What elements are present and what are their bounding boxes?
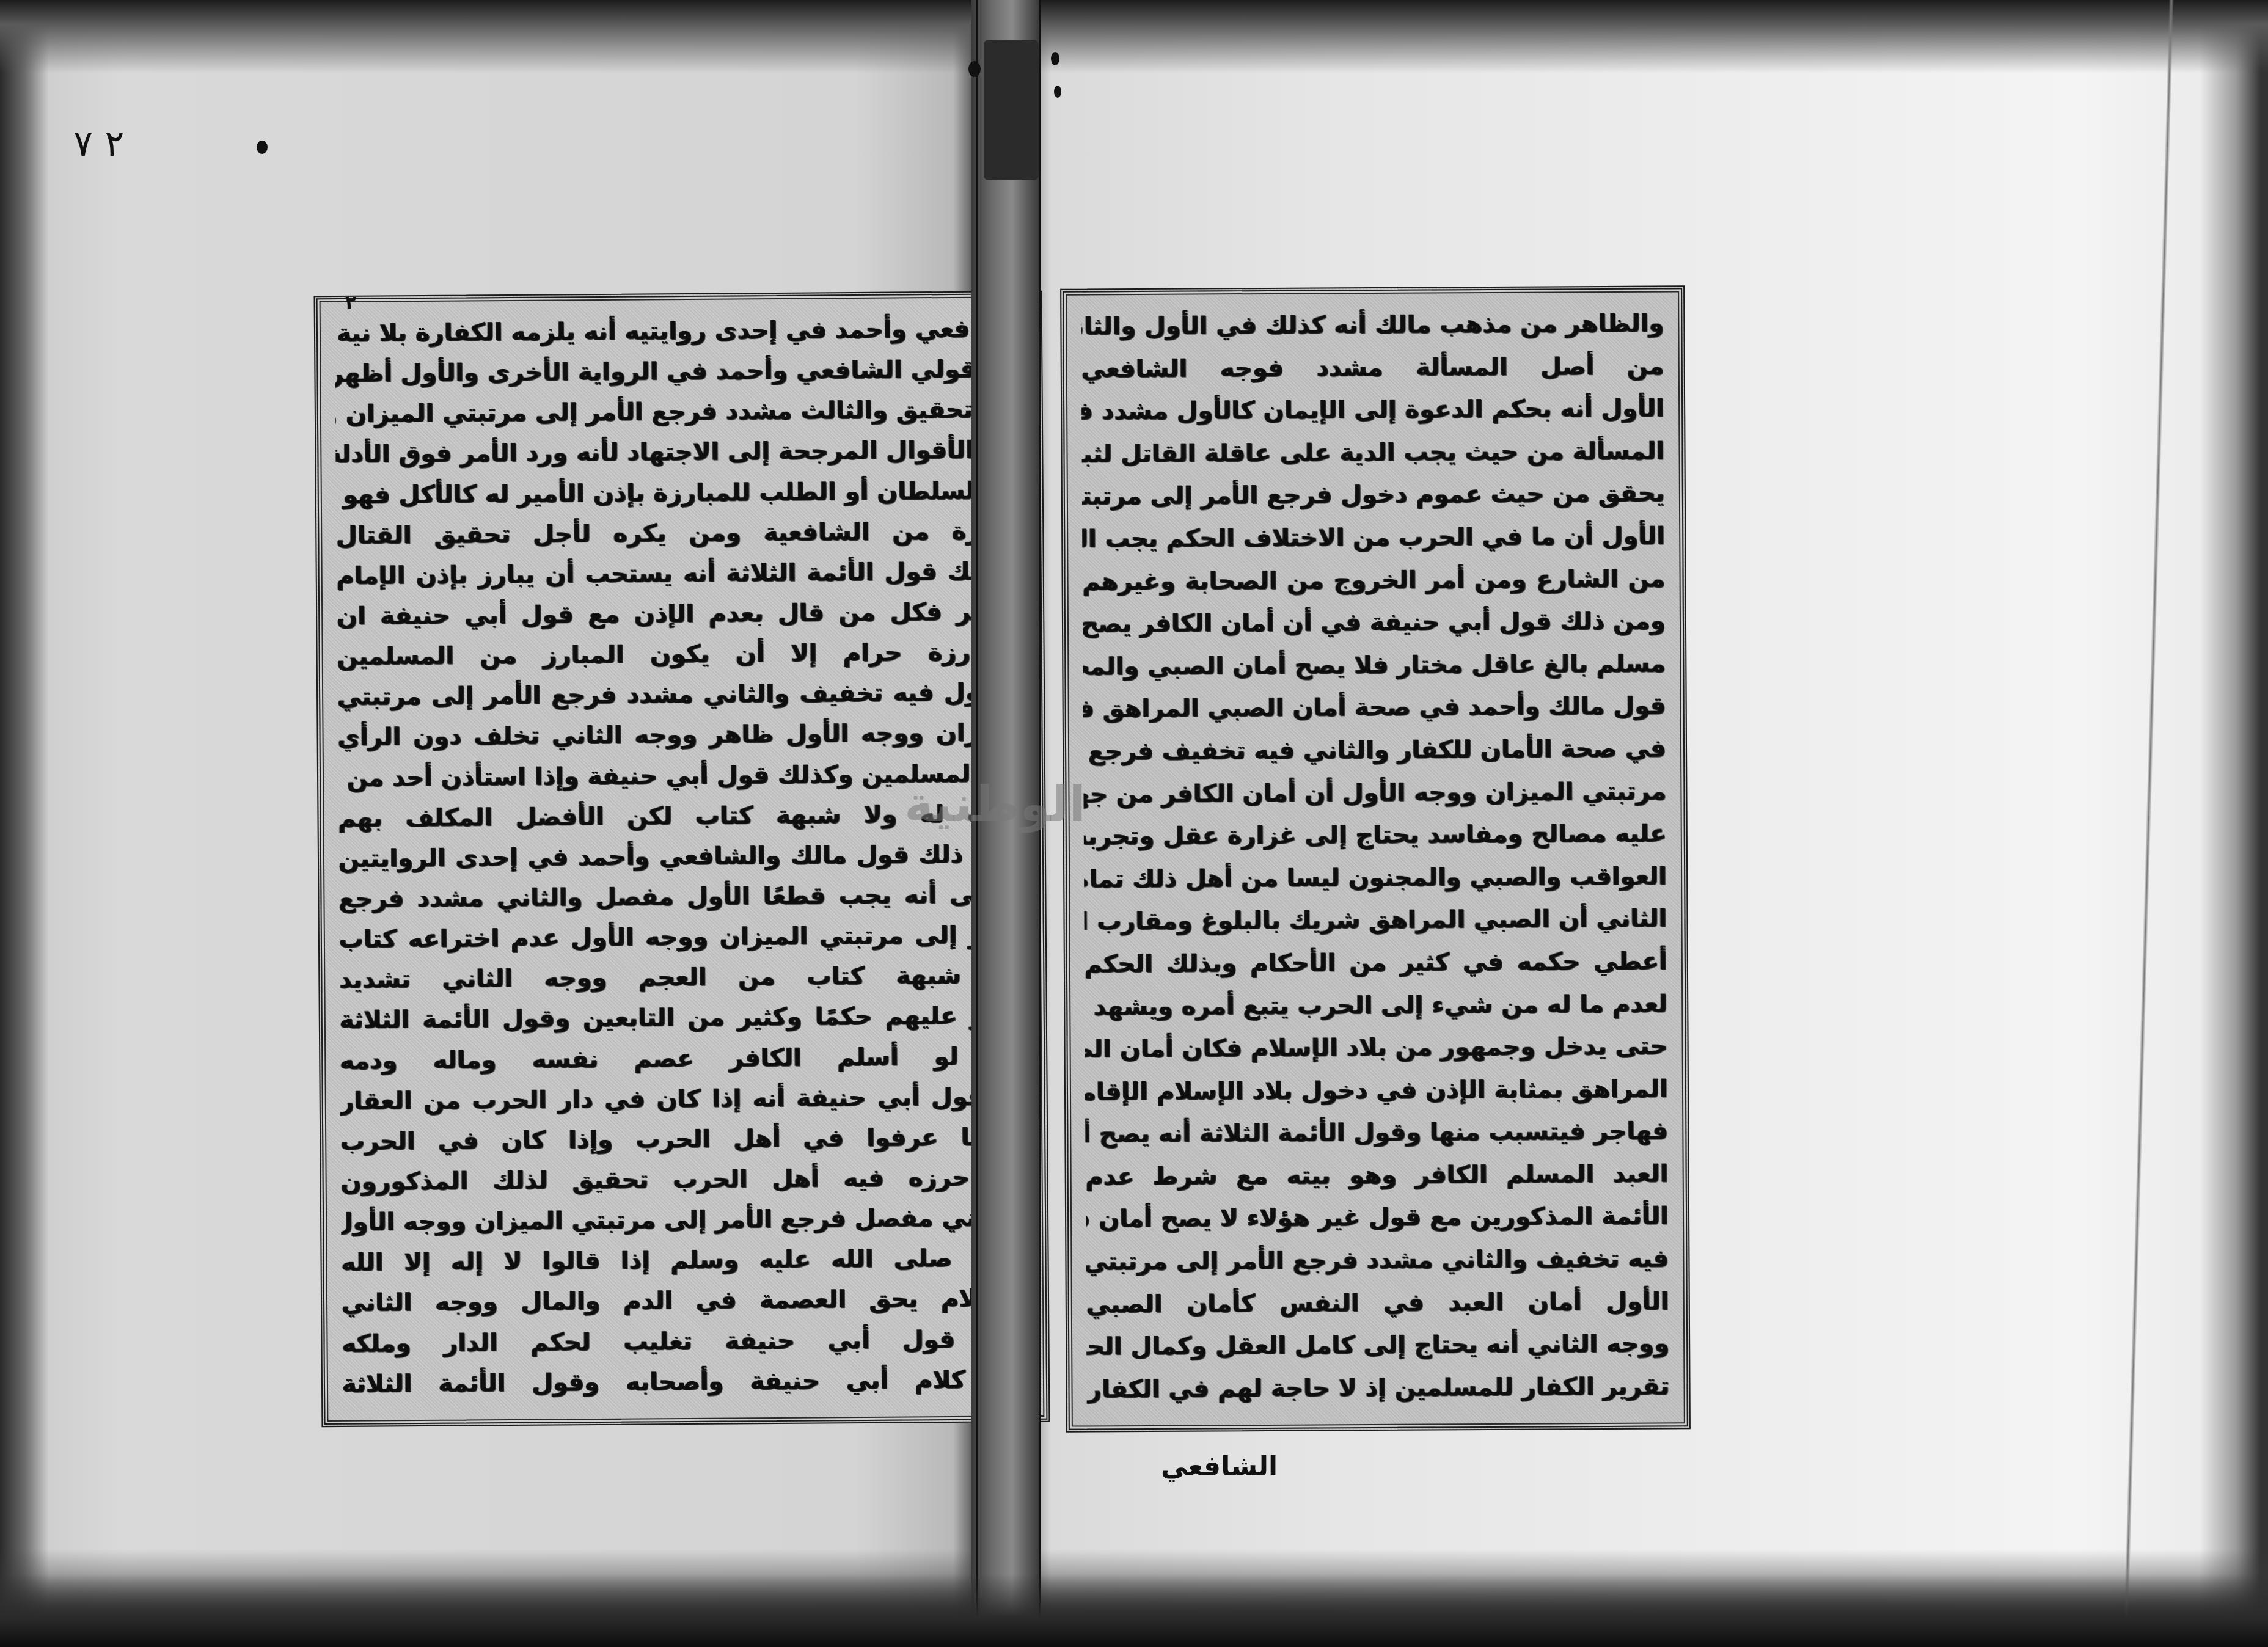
manuscript-line: فهاجر فيتسبب منها وقول الأئمة الثلاثة أن… <box>1085 1116 1668 1155</box>
manuscript-line: حتى يدخل وجمهور من بلاد الإسلام فكان أما… <box>1085 1031 1667 1070</box>
right-page: والظاهر من مذهب مالك أنه كذلك في الأول و… <box>1026 0 2242 1647</box>
manuscript-line: ولهما عرفوا في أهل الحرب وإذا كان في الح… <box>340 1121 1027 1163</box>
manuscript-line: الأول أنه بحكم الدعوة إلى الإيمان كالأول… <box>1081 393 1664 433</box>
manuscript-line: مرتبتي الميزان ووجه الأول أن أمان الكافر… <box>1083 775 1666 815</box>
left-text-lines: الشافعي وأحمد في إحدى روايتيه أنه يلزمه … <box>335 313 1029 1405</box>
manuscript-line: في قول أبي حنيفة تغليب لحكم الدار وملكه <box>342 1323 1028 1365</box>
manuscript-line: المبارزة حرام إلا أن يكون المبارز من الم… <box>337 636 1023 677</box>
manuscript-line: الأولى أنه يجب قطعًا الأول مفصل والثاني … <box>338 878 1025 920</box>
manuscript-line: الثاني أن الصبي المراهق شريك بالبلوغ ومق… <box>1084 903 1667 943</box>
manuscript-line: الميزان ووجه الأول ظاهر ووجه الثاني تخلف… <box>337 717 1024 758</box>
manuscript-line: الأمر إلى مرتبتي الميزان ووجه الأول عدم … <box>339 919 1026 960</box>
manuscript-line: والثاني مفصل فرجع الأمر إلى مرتبتي الميز… <box>341 1202 1028 1243</box>
manuscript-line: يحقق من حيث عموم دخول فرجع الأمر إلى مرت… <box>1082 478 1665 517</box>
manuscript-line: المسألة من حيث يجب الدية على عاقلة القات… <box>1081 435 1664 475</box>
manuscript-line: هريرة من الشافعية ومن يكره لأجل تحقيق ال… <box>336 515 1023 557</box>
manuscript-line: عليه مصالح ومفاسد يحتاج إلى غزارة عقل وت… <box>1084 818 1667 858</box>
manuscript-line: من كلام أبي حنيفة وأصحابه وقول الأئمة ال… <box>342 1364 1029 1405</box>
manuscript-line: وكذلك قول الأئمة الثلاثة أنه يستحب أن يب… <box>337 555 1023 597</box>
manuscript-line: قوله صلى الله عليه وسلم إذا قالوا لا إله… <box>341 1242 1028 1284</box>
manuscript-line: من الشارع ومن أمر الخروج من الصحابة وغير… <box>1082 563 1665 602</box>
manuscript-line: فيه تحقيق والثالث مشدد فرجع الأمر إلى مر… <box>335 393 1022 435</box>
page-mark: ٢ <box>345 292 356 313</box>
manuscript-line: لعدم ما له من شيء إلى الحرب يتبع أمره وي… <box>1085 988 1667 1028</box>
manuscript-line: من قولي الشافعي وأحمد في الرواية الأخرى … <box>335 353 1022 395</box>
manuscript-line: العبد المسلم الكافر وهو بيته مع شرط عدم <box>1086 1158 1669 1197</box>
manuscript-line: بيد حرزه فيه أهل الحرب تحقيق لذلك المذكو… <box>340 1161 1027 1203</box>
manuscript-line: ومن ذلك قول أبي حنيفة في أن أمان الكافر … <box>1083 605 1666 645</box>
left-text-frame: الشافعي وأحمد في إحدى روايتيه أنه يلزمه … <box>314 291 1050 1427</box>
manuscript-line: والظاهر من مذهب مالك أنه كذلك في الأول و… <box>1081 308 1664 348</box>
margin-note: ٢ ٧ <box>73 122 125 165</box>
manuscript-line: الشافعي وأحمد في إحدى روايتيه أنه يلزمه … <box>335 313 1022 354</box>
manuscript-line: قول مالك وأحمد في صحة أمان الصبي المراهق… <box>1083 690 1666 730</box>
manuscript-line: ووجه الثاني أنه يحتاج إلى كامل العقل وكم… <box>1086 1328 1669 1368</box>
manuscript-line: فيه تخفيف والثاني مشدد فرجع الأمر إلى مر… <box>1086 1243 1669 1283</box>
manuscript-line: من أصل المسألة مشدد فوجه الشافعي <box>1081 350 1664 390</box>
catchword: الشافعي <box>1161 1451 1278 1482</box>
manuscript-line: المراهق بمثابة الإذن في دخول بلاد الإسلا… <box>1085 1073 1668 1112</box>
library-watermark: الوطنية <box>904 776 1086 833</box>
manuscript-line: العواقب والصبي والمجنون ليسا من أهل ذلك … <box>1084 860 1667 900</box>
manuscript-line: أنه لو أسلم الكافر عصم نفسه وماله ودمه <box>340 1040 1026 1082</box>
manuscript-line: أعطي حكمه في كثير من الأحكام وبذلك الحكم <box>1085 945 1667 985</box>
manuscript-line: الأول أن ما في الحرب من الاختلاف الحكم ي… <box>1082 520 1665 560</box>
manuscript-line: الأول أمان العبد في النفس كأمان الصبي <box>1086 1285 1669 1325</box>
manuscript-line: تقرير الكفار للمسلمين إذ لا حاجة لهم في … <box>1086 1370 1669 1410</box>
manuscript-line: مع قول أبي حنيفة أنه إذا كان في دار الحر… <box>340 1081 1027 1122</box>
manuscript-line: منه الأقوال المرجحة إلى الاجتهاد لأنه ور… <box>335 434 1022 476</box>
ink-blot <box>257 141 268 154</box>
manuscript-line: أن للسلطان أو الطلب للمبارزة بإذن الأمير… <box>336 475 1023 516</box>
manuscript-line: ومن ذلك قول مالك والشافعي وأحمد في إحدى … <box>338 838 1025 880</box>
right-text-lines: والظاهر من مذهب مالك أنه كذلك في الأول و… <box>1081 308 1669 1411</box>
manuscript-line: الإسلام يحق العصمة في الدم والمال ووجه ا… <box>342 1282 1028 1324</box>
manuscript-line: فالأول فيه تخفيف والثاني مشدد فرجع الأمر… <box>337 676 1024 718</box>
left-page: ٢ ٧ الشافعي وأحمد في إحدى روايتيه أنه يل… <box>24 0 978 1647</box>
right-text-frame: والظاهر من مذهب مالك أنه كذلك في الأول و… <box>1060 285 1691 1432</box>
ink-blot <box>968 61 981 77</box>
manuscript-line: الأمير فكل من قال بعدم الإذن مع قول أبي … <box>337 596 1023 637</box>
manuscript-line: الأئمة المذكورين مع قول غير هؤلاء لا يصح… <box>1086 1200 1669 1240</box>
manuscript-line: ولا شبهة كتاب من العجم ووجه الثاني تشديد <box>339 959 1026 1001</box>
bottom-edge-shadow <box>0 1574 2268 1647</box>
manuscript-line: يجوز عليهم حكمًا وكثير من التابعين وقول … <box>340 999 1026 1041</box>
manuscript-line: في صحة الأمان للكفار والثاني فيه تخفيف ف… <box>1083 732 1666 772</box>
manuscript-line: مسلم بالغ عاقل مختار فلا يصح أمان الصبي … <box>1083 648 1666 687</box>
